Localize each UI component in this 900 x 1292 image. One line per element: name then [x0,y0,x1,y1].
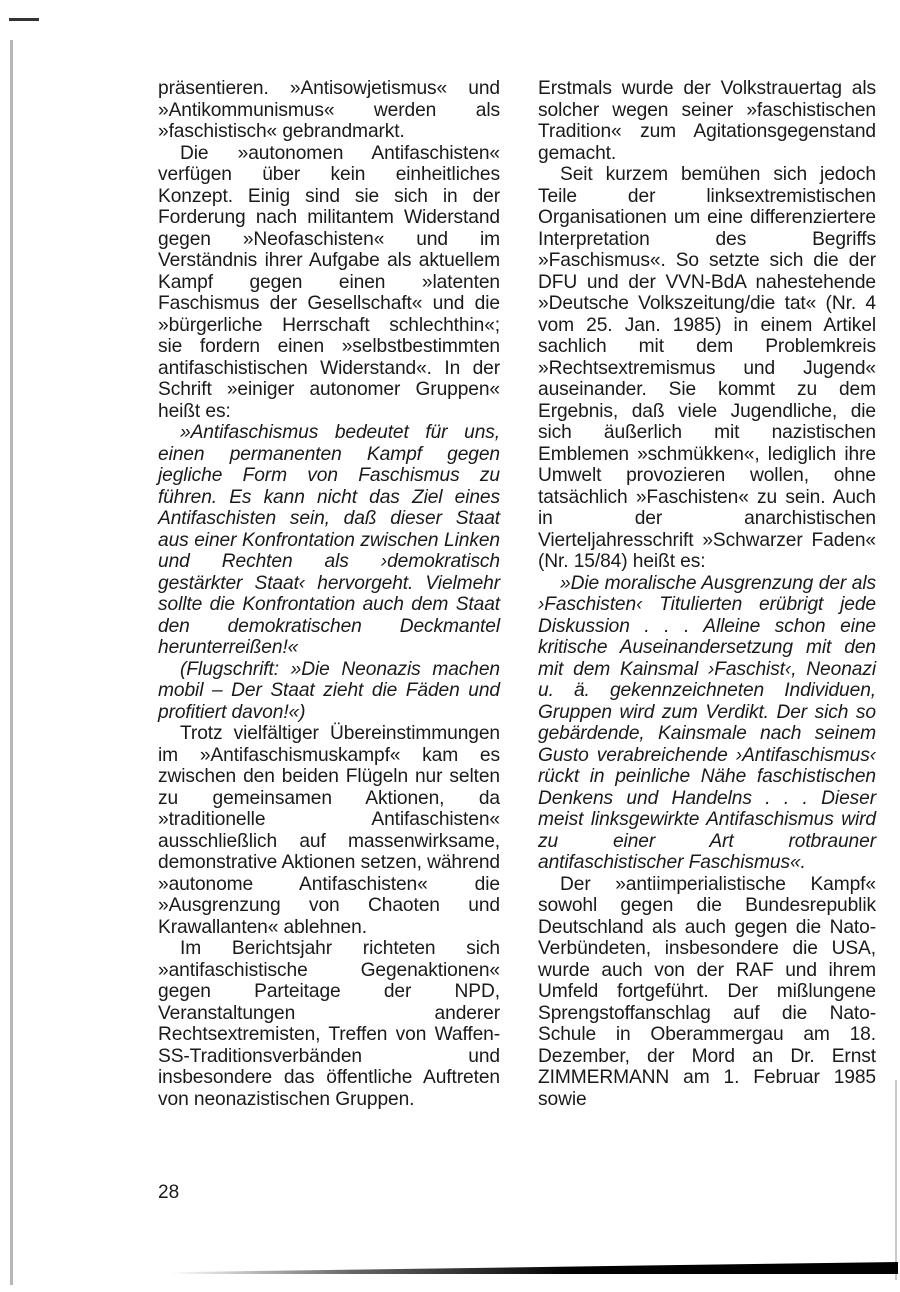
paragraph: Erstmals wurde der Volkstrauertag als so… [538,78,876,164]
paragraph: präsentieren. »Antisowjetismus« und »Ant… [158,78,500,143]
page-number: 28 [158,1182,179,1204]
paragraph: Der »antiimperialistische Kampf« sowohl … [538,874,876,1111]
right-column: Erstmals wurde der Volkstrauertag als so… [538,78,876,1110]
quotation: »Antifaschismus bedeutet für uns, einen … [158,422,500,659]
scan-mark [9,18,39,21]
page-edge-right [895,1080,897,1280]
paragraph: Seit kurzem bemühen sich jedoch Teile de… [538,164,876,573]
paragraph: Im Berichtsjahr richteten sich »antifasc… [158,938,500,1110]
quotation: »Die moralische Ausgrenzung der als ›Fas… [538,573,876,874]
paragraph: Die »autonomen Antifaschisten« verfügen … [158,143,500,423]
page-edge-left [10,40,13,1285]
left-column: präsentieren. »Antisowjetismus« und »Ant… [158,78,500,1110]
quotation-source: (Flugschrift: »Die Neonazis machen mobil… [158,659,500,724]
scan-shadow [170,1262,898,1274]
paragraph: Trotz vielfältiger Übereinstimmungen im … [158,723,500,938]
